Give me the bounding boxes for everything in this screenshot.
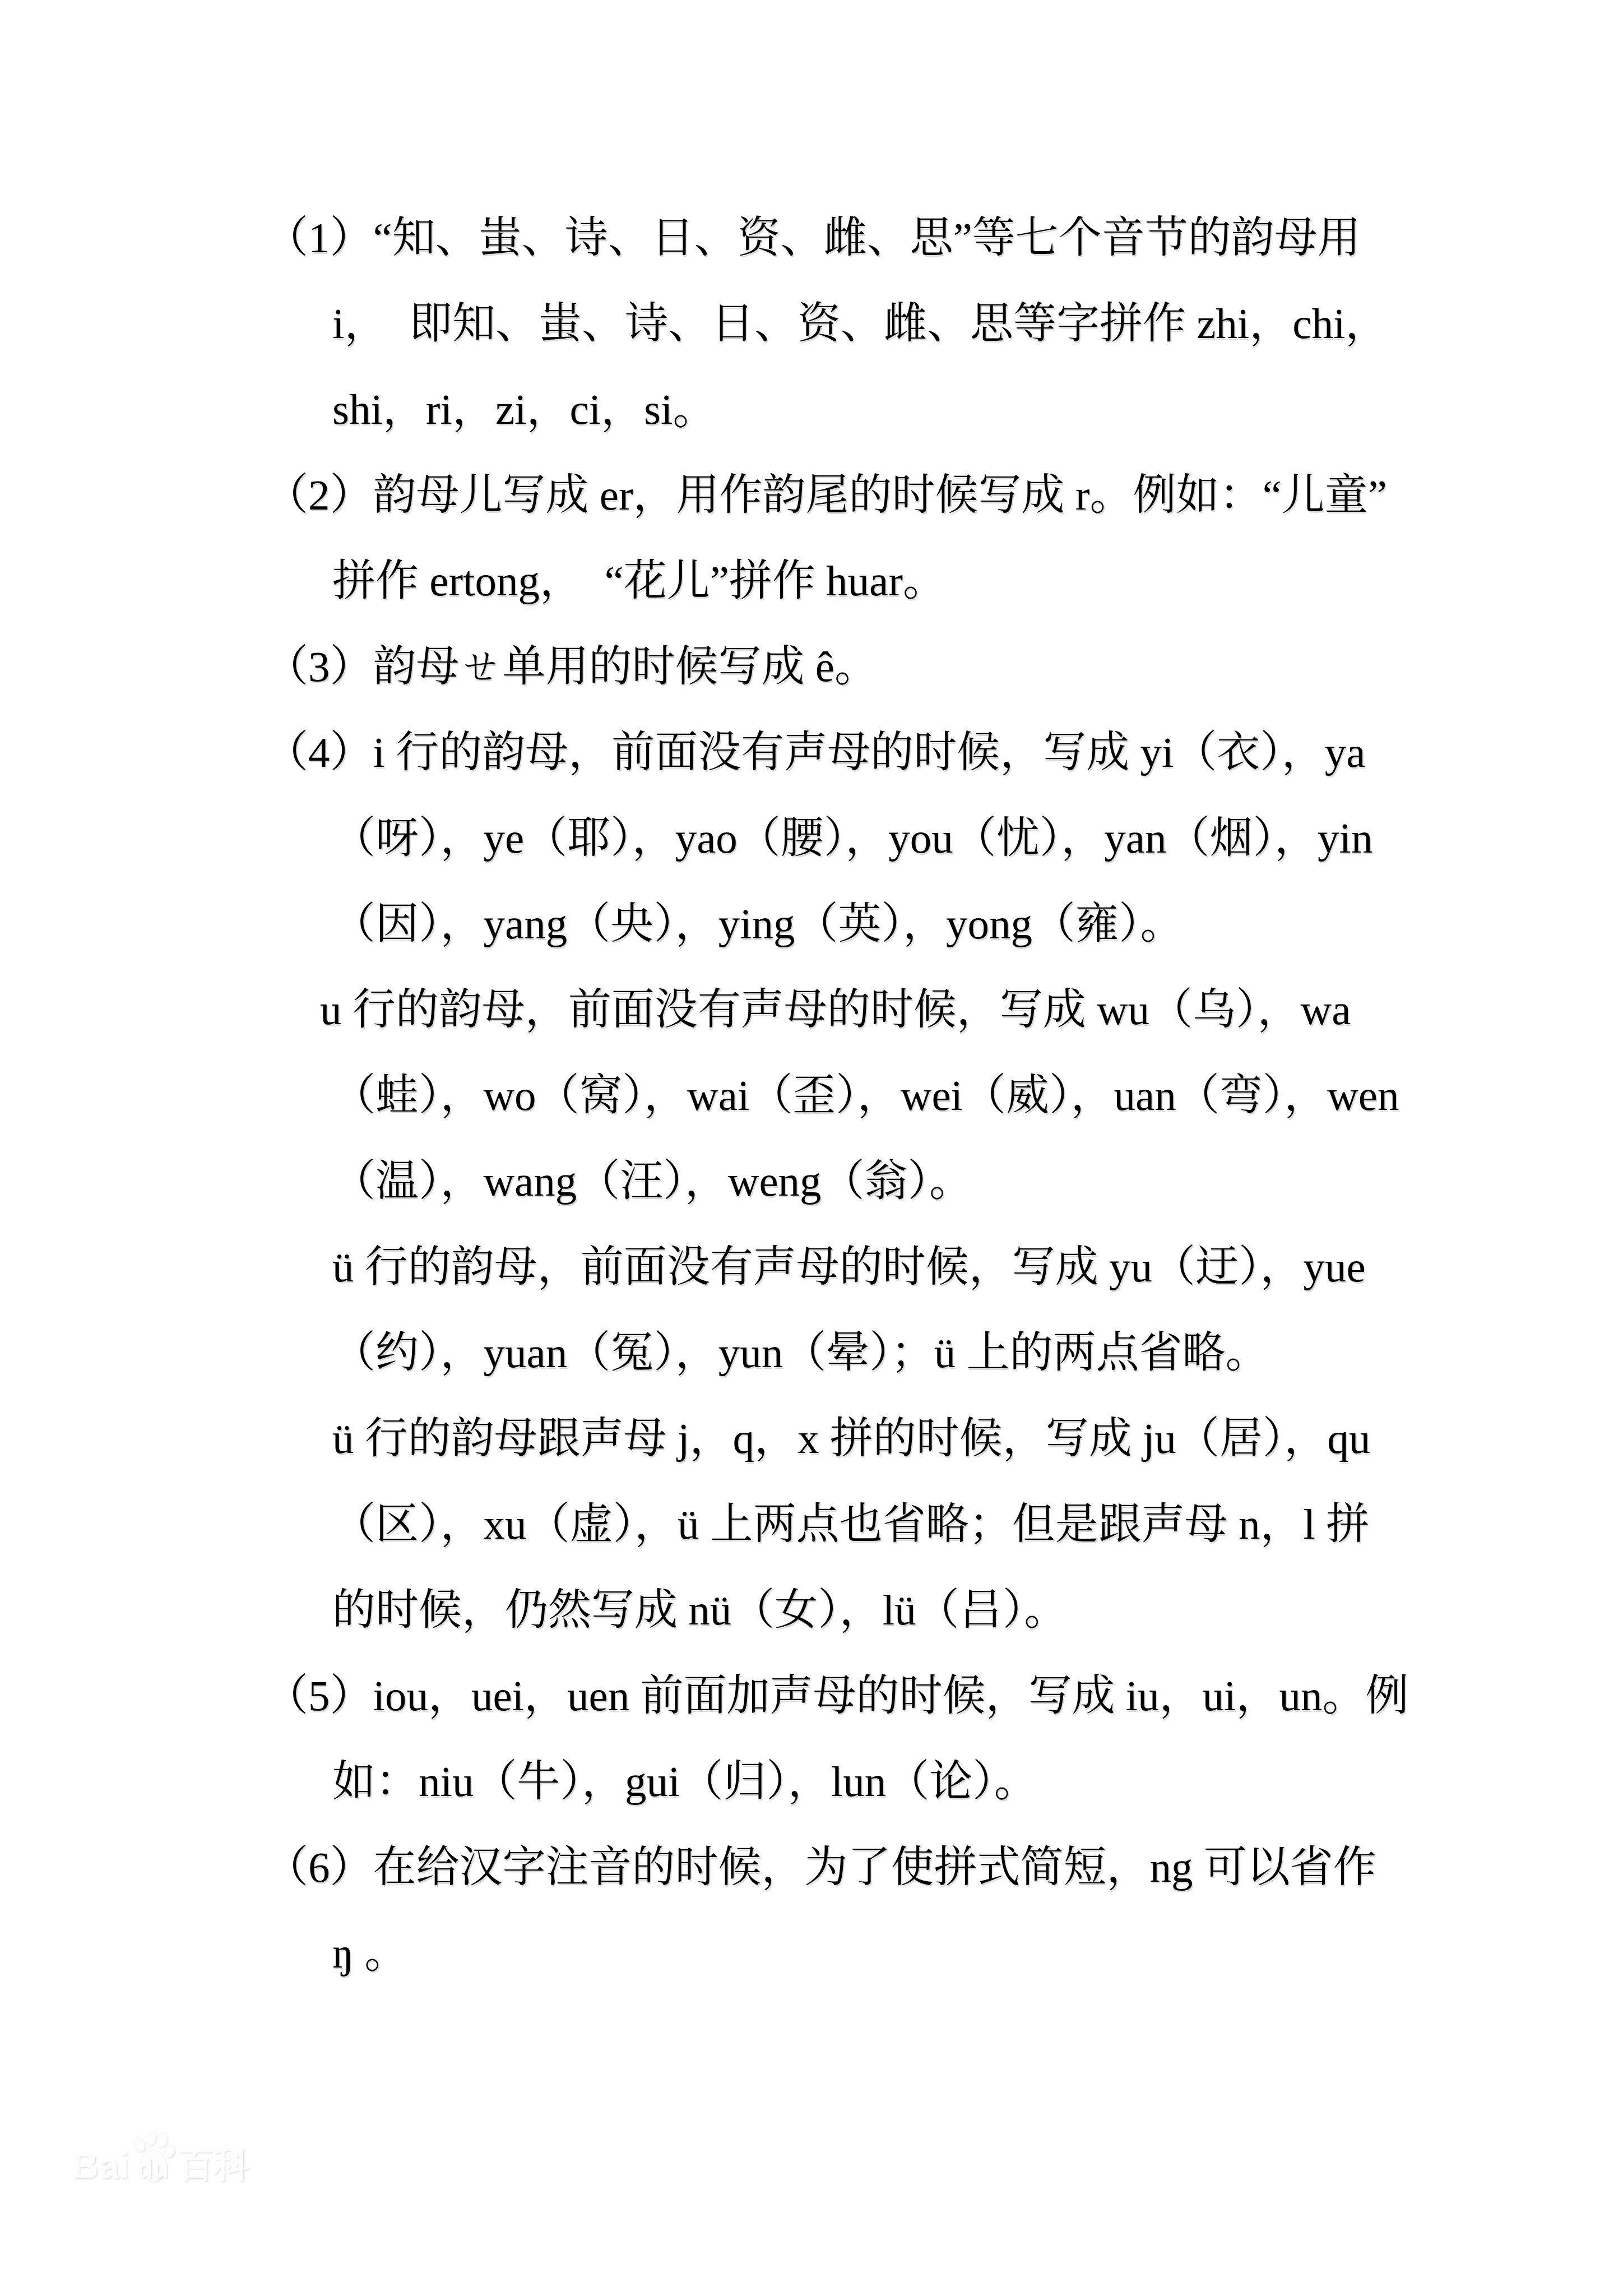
text-line: （3）韵母ㄝ单用的时候写成 ê。 xyxy=(265,624,1420,710)
text-line: （2）韵母儿写成 er，用作韵尾的时候写成 r。例如：“儿童” xyxy=(265,452,1420,538)
text-line: ü 行的韵母，前面没有声母的时候，写成 yu（迂），yue xyxy=(265,1224,1420,1310)
text-line: （温），wang（汪），weng（翁）。 xyxy=(265,1138,1420,1224)
text-line: u 行的韵母，前面没有声母的时候，写成 wu（乌），wa xyxy=(265,967,1420,1053)
text-line: ŋ 。 xyxy=(265,1910,1420,1996)
text-line: （区），xu（虚），ü 上两点也省略；但是跟声母 n，l 拼 xyxy=(265,1482,1420,1567)
text-line: 的时候，仍然写成 nü（女），lü（吕）。 xyxy=(265,1567,1420,1653)
text-line: （因），yang（央），ying（英），yong（雍）。 xyxy=(265,881,1420,967)
pinyin-rules-text: （1）“知、蚩、诗、日、资、雌、思”等七个音节的韵母用i， 即知、蚩、诗、日、资… xyxy=(265,195,1420,1996)
text-line: （1）“知、蚩、诗、日、资、雌、思”等七个音节的韵母用 xyxy=(265,195,1420,281)
watermark-text-baike: 百科 xyxy=(178,2147,249,2186)
text-line: （6）在给汉字注音的时候，为了使拼式简短，ng 可以省作 xyxy=(265,1825,1420,1910)
text-line: 拼作 ertong， “花儿”拼作 huar。 xyxy=(265,538,1420,624)
text-line: （约），yuan（冤），yun（晕）；ü 上的两点省略。 xyxy=(265,1310,1420,1396)
text-line: （5）iou，uei，uen 前面加声母的时候，写成 iu，ui，un。例 xyxy=(265,1653,1420,1739)
baidu-baike-watermark: Bai du 百科 xyxy=(72,2129,249,2186)
document-page: （1）“知、蚩、诗、日、资、雌、思”等七个音节的韵母用i， 即知、蚩、诗、日、资… xyxy=(0,0,1623,2296)
text-line: 如：niu（牛），gui（归），lun（论）。 xyxy=(265,1739,1420,1825)
text-line: ü 行的韵母跟声母 j，q，x 拼的时候，写成 ju（居），qu xyxy=(265,1396,1420,1482)
watermark-text-du: du xyxy=(137,2156,169,2182)
text-line: shi，ri，zi，ci，si。 xyxy=(265,367,1420,452)
text-line: （4）i 行的韵母，前面没有声母的时候，写成 yi（衣），ya xyxy=(265,710,1420,795)
paw-icon: du xyxy=(128,2130,177,2186)
text-line: （呀），ye（耶），yao（腰），you（忧），yan（烟），yin xyxy=(265,795,1420,881)
text-line: （蛙），wo（窝），wai（歪），wei（威），uan（弯），wen xyxy=(265,1053,1420,1138)
text-line: i， 即知、蚩、诗、日、资、雌、思等字拼作 zhi，chi， xyxy=(265,281,1420,367)
text-lines: （1）“知、蚩、诗、日、资、雌、思”等七个音节的韵母用i， 即知、蚩、诗、日、资… xyxy=(265,195,1420,1996)
watermark-text-bai: Bai xyxy=(72,2147,129,2186)
